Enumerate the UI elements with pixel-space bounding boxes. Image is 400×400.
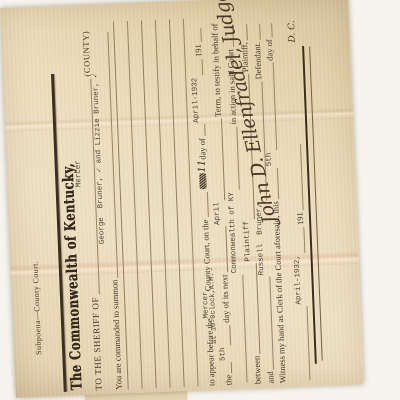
- witness-text-1: Witness my hand as Clerk of the Court af…: [271, 201, 287, 383]
- blank-line: [230, 363, 232, 373]
- blank-line: [228, 325, 231, 345]
- blank-line: [203, 124, 205, 136]
- blank-line: [206, 192, 209, 217]
- between-text-1: between: [252, 356, 262, 385]
- sheriff-label: TO THE SHERIFF OF: [91, 297, 104, 391]
- appear-text-4: 191: [193, 44, 202, 57]
- typed-plaintiff: Plaintiff: [244, 221, 253, 262]
- blank-line: [199, 28, 202, 42]
- county-label: (COUNTY): [81, 31, 91, 77]
- typed-county: Mercer: [74, 160, 83, 187]
- subpoena-document: Subpoena—County Court. The Commonwealth …: [0, 0, 363, 398]
- blank-line: [276, 168, 279, 199]
- clerk-initials: D. C.: [287, 20, 298, 42]
- typed-term-month: April: [214, 202, 222, 225]
- scratched-out-word: [199, 173, 207, 189]
- typed-party: Commonwealth of KY: [228, 192, 239, 273]
- blank-line: [220, 119, 225, 200]
- bottom-rule-thin: [309, 47, 323, 361]
- typed-date: April-1932: [192, 78, 201, 123]
- blank-ruled-line: [127, 21, 143, 389]
- blank-ruled-line: [141, 20, 157, 388]
- fold-crease: [5, 108, 353, 132]
- term-text-2: day of its next: [220, 274, 230, 323]
- blank-line: [306, 306, 311, 380]
- term-text-1: the: [224, 375, 233, 386]
- blank-line: [302, 227, 305, 253]
- typed-term-day: 5th: [220, 347, 228, 361]
- summon-label: You are commanded to summon: [110, 280, 123, 390]
- blank-line: [224, 227, 228, 273]
- blank-line: [299, 144, 304, 210]
- blank-line: [106, 32, 118, 278]
- blank-line: [272, 63, 278, 151]
- handwritten-day: 11: [198, 160, 209, 173]
- scan-background: Subpoena—County Court. The Commonwealth …: [0, 0, 400, 400]
- appear-text-3: day of: [197, 138, 206, 160]
- blank-line: [270, 23, 273, 37]
- witness-text-2: day of: [264, 39, 273, 61]
- typed-date-2: April-1932,: [294, 255, 303, 305]
- form-header: Subpoena—County Court.: [30, 261, 43, 355]
- date-text-1: 191: [295, 212, 304, 225]
- blank-ruled-line: [169, 19, 185, 387]
- blank-line: [201, 59, 204, 76]
- blank-ruled-line: [155, 20, 171, 388]
